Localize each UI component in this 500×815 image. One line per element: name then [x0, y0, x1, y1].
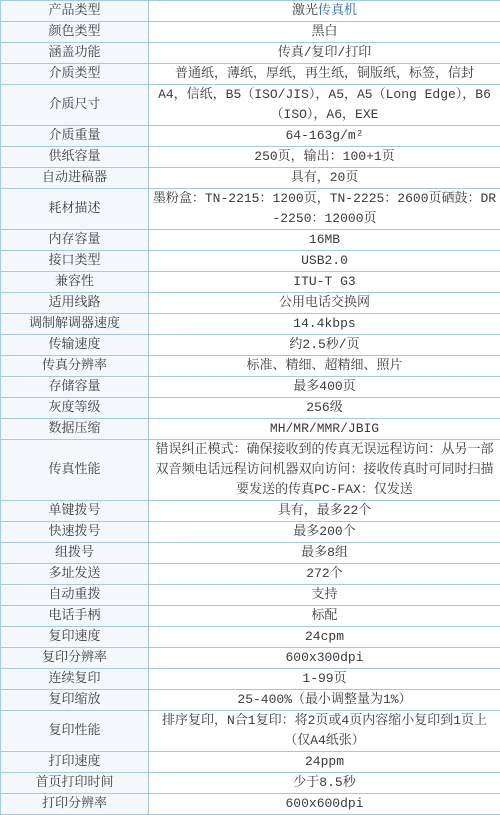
- spec-row: 传真性能错误纠正模式：确保接收到的传真无误远程访问：从另一部双音频电话远程访问机…: [1, 440, 500, 501]
- spec-label: 耗材描述: [1, 189, 149, 230]
- spec-value: 24cpm: [149, 627, 500, 648]
- spec-value: 标配: [149, 606, 500, 627]
- spec-label: 自动进稿器: [1, 168, 149, 189]
- spec-row: 介质尺寸A4，信纸，B5（ISO/JIS），A5，A5（Long Edge），B…: [1, 85, 500, 126]
- spec-value: 最多200个: [149, 522, 500, 543]
- spec-label: 打印速度: [1, 752, 149, 773]
- spec-row: 首页打印时间少于8.5秒: [1, 773, 500, 794]
- spec-row: 介质类型普通纸，薄纸，厚纸，再生纸，铜版纸，标签，信封: [1, 64, 500, 85]
- spec-row: 调制解调器速度14.4kbps: [1, 314, 500, 335]
- spec-label: 接口类型: [1, 251, 149, 272]
- spec-value: 具有，20页: [149, 168, 500, 189]
- spec-row: 自动进稿器具有，20页: [1, 168, 500, 189]
- spec-label: 介质类型: [1, 64, 149, 85]
- spec-label: 供纸容量: [1, 147, 149, 168]
- spec-value: 黑白: [149, 22, 500, 43]
- spec-value: 最多8组: [149, 543, 500, 564]
- spec-row: 传输速度约2.5秒/页: [1, 335, 500, 356]
- spec-row: 复印性能排序复印，N合1复印：将2页或4页内容缩小复印到1页上（仅A4纸张）: [1, 711, 500, 752]
- spec-label: 介质重量: [1, 126, 149, 147]
- spec-label: 快速拨号: [1, 522, 149, 543]
- spec-value: 传真/复印/打印: [149, 43, 500, 64]
- spec-row: 复印速度24cpm: [1, 627, 500, 648]
- spec-label: 复印分辨率: [1, 648, 149, 669]
- spec-value: 激光传真机: [149, 1, 500, 22]
- spec-value: 272个: [149, 564, 500, 585]
- spec-value: 排序复印，N合1复印：将2页或4页内容缩小复印到1页上（仅A4纸张）: [149, 711, 500, 752]
- spec-value: 256级: [149, 398, 500, 419]
- spec-label: 连续复印: [1, 669, 149, 690]
- spec-row: 兼容性ITU-T G3: [1, 272, 500, 293]
- spec-label: 颜色类型: [1, 22, 149, 43]
- spec-value-text: 激光: [292, 3, 318, 18]
- spec-row: 内存容量16MB: [1, 230, 500, 251]
- spec-row: 电话手柄标配: [1, 606, 500, 627]
- spec-row: 复印缩放25-400%（最小调整量为1%）: [1, 690, 500, 711]
- spec-label: 组拨号: [1, 543, 149, 564]
- spec-value: 墨粉盒：TN-2215：1200页，TN-2225：2600页硒鼓：DR-225…: [149, 189, 500, 230]
- spec-value: 600x600dpi: [149, 794, 500, 815]
- spec-value: 600x300dpi: [149, 648, 500, 669]
- spec-row: 介质重量64-163g/m²: [1, 126, 500, 147]
- product-type-link[interactable]: 传真机: [318, 3, 357, 18]
- spec-row: 接口类型USB2.0: [1, 251, 500, 272]
- spec-value: 少于8.5秒: [149, 773, 500, 794]
- spec-label: 兼容性: [1, 272, 149, 293]
- spec-label: 传输速度: [1, 335, 149, 356]
- spec-value: A4，信纸，B5（ISO/JIS），A5，A5（Long Edge），B6（IS…: [149, 85, 500, 126]
- spec-value: 25-400%（最小调整量为1%）: [149, 690, 500, 711]
- spec-label: 调制解调器速度: [1, 314, 149, 335]
- spec-value: 1-99页: [149, 669, 500, 690]
- spec-row: 打印分辨率600x600dpi: [1, 794, 500, 815]
- spec-row: 组拨号最多8组: [1, 543, 500, 564]
- spec-value: 64-163g/m²: [149, 126, 500, 147]
- spec-label: 灰度等级: [1, 398, 149, 419]
- spec-value: 普通纸，薄纸，厚纸，再生纸，铜版纸，标签，信封: [149, 64, 500, 85]
- spec-label: 复印速度: [1, 627, 149, 648]
- spec-value: 最多400页: [149, 377, 500, 398]
- spec-row: 多址发送272个: [1, 564, 500, 585]
- spec-row: 供纸容量250页，输出：100+1页: [1, 147, 500, 168]
- spec-value: 公用电话交换网: [149, 293, 500, 314]
- spec-label: 产品类型: [1, 1, 149, 22]
- spec-value: ITU-T G3: [149, 272, 500, 293]
- spec-row: 耗材描述墨粉盒：TN-2215：1200页，TN-2225：2600页硒鼓：DR…: [1, 189, 500, 230]
- spec-label: 介质尺寸: [1, 85, 149, 126]
- spec-label: 多址发送: [1, 564, 149, 585]
- spec-row: 自动重拨支持: [1, 585, 500, 606]
- spec-label: 电话手柄: [1, 606, 149, 627]
- spec-row: 连续复印1-99页: [1, 669, 500, 690]
- spec-value: USB2.0: [149, 251, 500, 272]
- spec-value: 支持: [149, 585, 500, 606]
- spec-label: 涵盖功能: [1, 43, 149, 64]
- spec-label: 复印性能: [1, 711, 149, 752]
- product-spec-table: 产品类型激光传真机颜色类型黑白涵盖功能传真/复印/打印介质类型普通纸，薄纸，厚纸…: [0, 0, 500, 815]
- spec-table-body: 产品类型激光传真机颜色类型黑白涵盖功能传真/复印/打印介质类型普通纸，薄纸，厚纸…: [1, 1, 500, 815]
- spec-value: 250页，输出：100+1页: [149, 147, 500, 168]
- spec-row: 数据压缩MH/MR/MMR/JBIG: [1, 419, 500, 440]
- spec-row: 快速拨号最多200个: [1, 522, 500, 543]
- spec-label: 首页打印时间: [1, 773, 149, 794]
- spec-label: 自动重拨: [1, 585, 149, 606]
- spec-row: 存储容量最多400页: [1, 377, 500, 398]
- spec-row: 单键拨号具有，最多22个: [1, 501, 500, 522]
- spec-value: 约2.5秒/页: [149, 335, 500, 356]
- spec-label: 传真性能: [1, 440, 149, 501]
- spec-row: 颜色类型黑白: [1, 22, 500, 43]
- spec-row: 灰度等级256级: [1, 398, 500, 419]
- spec-row: 涵盖功能传真/复印/打印: [1, 43, 500, 64]
- spec-value: 24ppm: [149, 752, 500, 773]
- spec-value: 具有，最多22个: [149, 501, 500, 522]
- spec-label: 单键拨号: [1, 501, 149, 522]
- spec-row: 传真分辨率标准、精细、超精细、照片: [1, 356, 500, 377]
- spec-label: 打印分辨率: [1, 794, 149, 815]
- spec-label: 存储容量: [1, 377, 149, 398]
- spec-value: 14.4kbps: [149, 314, 500, 335]
- spec-row: 打印速度24ppm: [1, 752, 500, 773]
- spec-label: 传真分辨率: [1, 356, 149, 377]
- spec-row: 适用线路公用电话交换网: [1, 293, 500, 314]
- spec-row: 复印分辨率600x300dpi: [1, 648, 500, 669]
- spec-value: MH/MR/MMR/JBIG: [149, 419, 500, 440]
- spec-label: 内存容量: [1, 230, 149, 251]
- spec-row: 产品类型激光传真机: [1, 1, 500, 22]
- spec-value: 16MB: [149, 230, 500, 251]
- spec-label: 适用线路: [1, 293, 149, 314]
- spec-label: 复印缩放: [1, 690, 149, 711]
- spec-label: 数据压缩: [1, 419, 149, 440]
- spec-value: 错误纠正模式：确保接收到的传真无误远程访问：从另一部双音频电话远程访问机器双向访…: [149, 440, 500, 501]
- spec-value: 标准、精细、超精细、照片: [149, 356, 500, 377]
